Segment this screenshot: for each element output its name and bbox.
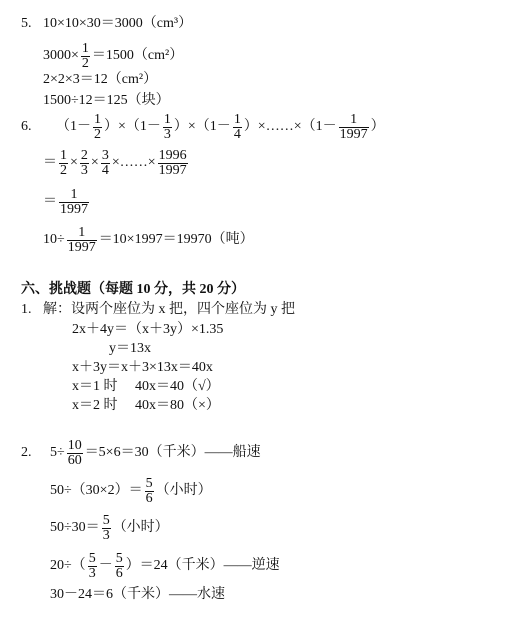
problem-6-line-3: ＝ 11997 bbox=[43, 186, 91, 218]
q1-step: x＋3y＝x＋3×13x＝40x bbox=[72, 360, 213, 376]
expr-text: （小时） bbox=[156, 483, 212, 499]
expr-text: 20÷（ bbox=[50, 558, 86, 574]
fraction: 1060 bbox=[67, 439, 83, 468]
fraction: 19961997 bbox=[158, 149, 188, 178]
fraction: 56 bbox=[115, 552, 124, 581]
q2-line-1: 5÷ 1060 ＝5×6＝30（千米）——船速 bbox=[50, 437, 261, 469]
problem-5-label: 5. bbox=[21, 16, 32, 32]
q1-step: x＝1 时 40x＝40（√） bbox=[72, 379, 220, 395]
expr-text: ）×（1－ bbox=[104, 119, 161, 135]
expr-text: 5÷ bbox=[50, 445, 65, 461]
fraction: 53 bbox=[102, 514, 111, 543]
section-heading: 六、挑战题（每题 10 分，共 20 分） bbox=[21, 282, 245, 298]
expr-text: 50÷（30×2）＝ bbox=[50, 483, 143, 499]
fraction: 12 bbox=[81, 42, 90, 71]
q1-label: 1. bbox=[21, 302, 32, 318]
fraction: 13 bbox=[163, 113, 172, 142]
problem-5-line-1: 10×10×30＝3000（cm³） bbox=[43, 16, 192, 32]
expr-text: × bbox=[91, 155, 99, 171]
q2-label: 2. bbox=[21, 445, 32, 461]
expr-text: ） bbox=[371, 119, 385, 135]
expr-text: ＝ bbox=[43, 194, 57, 210]
expr-text: 10÷ bbox=[43, 232, 65, 248]
fraction: 23 bbox=[80, 149, 89, 178]
expr-text: ）＝24（千米）——逆速 bbox=[126, 558, 280, 574]
fraction: 11997 bbox=[59, 188, 89, 217]
q2-line-2: 50÷（30×2）＝ 56 （小时） bbox=[50, 475, 212, 507]
problem-5-line-3: 2×2×3＝12（cm²） bbox=[43, 72, 157, 88]
expr-text: ＝10×1997＝19970（吨） bbox=[99, 232, 254, 248]
q2-line-4: 20÷（ 53 － 56 ）＝24（千米）——逆速 bbox=[50, 550, 280, 582]
problem-5-line-2: 3000× 12 ＝1500（cm²） bbox=[43, 40, 183, 72]
expr-text: ＝5×6＝30（千米）——船速 bbox=[85, 445, 261, 461]
expr-text: ＝1500（cm²） bbox=[92, 48, 183, 64]
fraction: 11997 bbox=[339, 113, 369, 142]
q1-step: y＝13x bbox=[109, 341, 151, 357]
expr-text: （小时） bbox=[113, 520, 169, 536]
fraction: 53 bbox=[88, 552, 97, 581]
fraction: 14 bbox=[233, 113, 242, 142]
fraction: 11997 bbox=[67, 226, 97, 255]
problem-5-line-4: 1500÷12＝125（块） bbox=[43, 93, 170, 109]
problem-6-line-2: ＝ 12 × 23 × 34 ×……× 19961997 bbox=[43, 147, 190, 179]
problem-6-line-1: （1－ 12 ）×（1－ 13 ）×（1－ 14 ）×……×（1－ 11997 … bbox=[56, 111, 385, 143]
fraction: 12 bbox=[59, 149, 68, 178]
fraction: 34 bbox=[101, 149, 110, 178]
fraction: 56 bbox=[145, 477, 154, 506]
expr-text: ＝ bbox=[43, 155, 57, 171]
q2-line-3: 50÷30＝ 53 （小时） bbox=[50, 512, 169, 544]
expr-text: 3000× bbox=[43, 48, 79, 64]
problem-6-label: 6. bbox=[21, 119, 32, 135]
expr-text: （1－ bbox=[56, 119, 91, 135]
problem-6-line-4: 10÷ 11997 ＝10×1997＝19970（吨） bbox=[43, 224, 254, 256]
expr-text: ×……× bbox=[112, 155, 156, 171]
q1-intro: 解：设两个座位为 x 把，四个座位为 y 把 bbox=[43, 302, 295, 318]
expr-text: × bbox=[70, 155, 78, 171]
fraction: 12 bbox=[93, 113, 102, 142]
q1-step: x＝2 时 40x＝80（×） bbox=[72, 398, 220, 414]
expr-text: － bbox=[99, 558, 113, 574]
q1-step: 2x＋4y＝（x＋3y）×1.35 bbox=[72, 322, 223, 338]
q2-line-5: 30－24＝6（千米）——水速 bbox=[50, 587, 225, 603]
expr-text: ）×……×（1－ bbox=[244, 119, 337, 135]
expr-text: 50÷30＝ bbox=[50, 520, 100, 536]
expr-text: ）×（1－ bbox=[174, 119, 231, 135]
